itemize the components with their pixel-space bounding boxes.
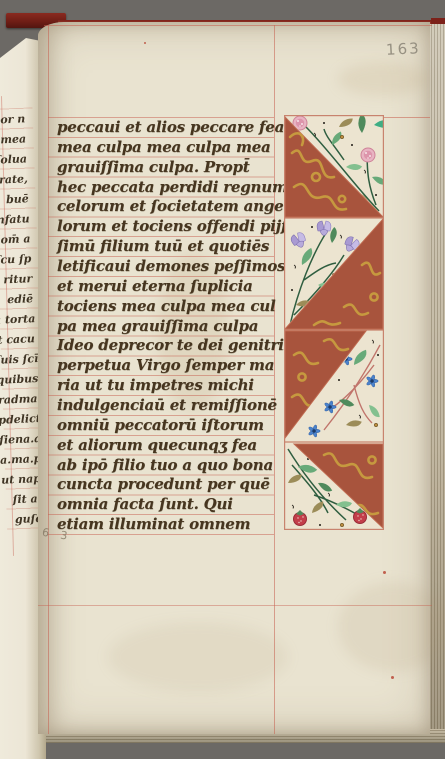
manuscript-line: Ideo deprecor te dei genitrix z <box>57 336 289 356</box>
parchment-stain <box>338 582 445 672</box>
ruling-top-horizontal <box>44 25 432 26</box>
page-fragment: ut nap <box>1 469 42 491</box>
page-fragment: ſcu ſp <box>0 249 32 271</box>
parchment-stain <box>108 622 288 692</box>
manuscript-line: omnia facta ſunt. Qui <box>57 495 289 515</box>
decorated-border <box>284 115 384 530</box>
manuscript-line: perpetua Virgo ſemper ma <box>57 356 289 376</box>
ruling-border-right-segment <box>384 117 430 118</box>
page-fragment: buē <box>0 189 29 211</box>
manuscript-line: et aliorum quecunqʒ fea <box>57 436 289 456</box>
ruling-lower-horizontal <box>38 605 432 606</box>
manuscript-line: letificaui demones peſſimos <box>57 257 289 277</box>
manuscript-line: ab ipō filio tuo a quo bona <box>57 456 289 476</box>
manuscript-line: peccaui et alios peccare fea <box>57 118 289 138</box>
page-fragment: ſolua <box>0 149 27 171</box>
page-fragment: mea <box>0 129 27 151</box>
page-fragment: ſit aī <box>1 489 42 511</box>
red-speck <box>144 42 146 44</box>
page-fragment: rate, <box>0 169 28 191</box>
manuscript-line: lorum et tociens offendi pijſ <box>57 217 289 237</box>
page-fragment: radma <box>0 389 38 411</box>
manuscript-line: ſimū filium tuū et quotiēs <box>57 237 289 257</box>
decorated-border-svg <box>284 115 384 530</box>
page-fragment: ſuis ſcī <box>0 349 36 371</box>
page-fragment: t cacu <box>0 329 35 351</box>
manuscript-line: hec peccata perdidi regnum <box>57 178 289 198</box>
manuscript-line: ria ut tu impetres michi <box>57 376 289 396</box>
page-fragment: pdelict <box>0 409 39 431</box>
page-fragment: quibus <box>0 369 37 391</box>
manuscript-line: celorum et ſocietatem ange <box>57 197 289 217</box>
page-fragment: a.ma.p <box>0 449 41 471</box>
parchment-stain <box>338 62 428 96</box>
folio-number: 163 <box>386 39 422 59</box>
manuscript-photo: por nmeaſoluarate,buēnfatudom̄ aſcu ſpri… <box>0 0 445 759</box>
manuscript-line: etiam illuminat omnem <box>57 515 289 535</box>
page-fragment: ſiena.a <box>0 429 40 451</box>
manuscript-line: cuncta procedunt per quē <box>57 475 289 495</box>
manuscript-line: grauiſſima culpa. Propt̄ <box>57 158 289 178</box>
manuscript-line: tociens mea culpa mea cul <box>57 297 289 317</box>
manuscript-line: pa mea grauiſſima culpa <box>57 317 289 337</box>
page-fragment: a torta <box>0 309 34 331</box>
manuscript-text-block: peccaui et alios peccare feamea culpa me… <box>57 118 289 535</box>
manuscript-line: mea culpa mea culpa mea <box>57 138 289 158</box>
page-fragment: nfatu <box>0 209 30 231</box>
page-fragment: por n <box>0 109 26 131</box>
red-speck <box>383 571 386 574</box>
manuscript-line: indulgenciaū et remiſſionē <box>57 396 289 416</box>
manuscript-line: et merui eterna ſuplicia <box>57 277 289 297</box>
page-fragment: ritur <box>0 269 33 291</box>
pink-flower <box>361 148 375 162</box>
page-fragment: ediē <box>0 289 34 311</box>
red-speck <box>391 676 394 679</box>
manuscript-line: omniū peccatorū iſtorum <box>57 416 289 436</box>
page-fragment: dom̄ a <box>0 229 31 251</box>
